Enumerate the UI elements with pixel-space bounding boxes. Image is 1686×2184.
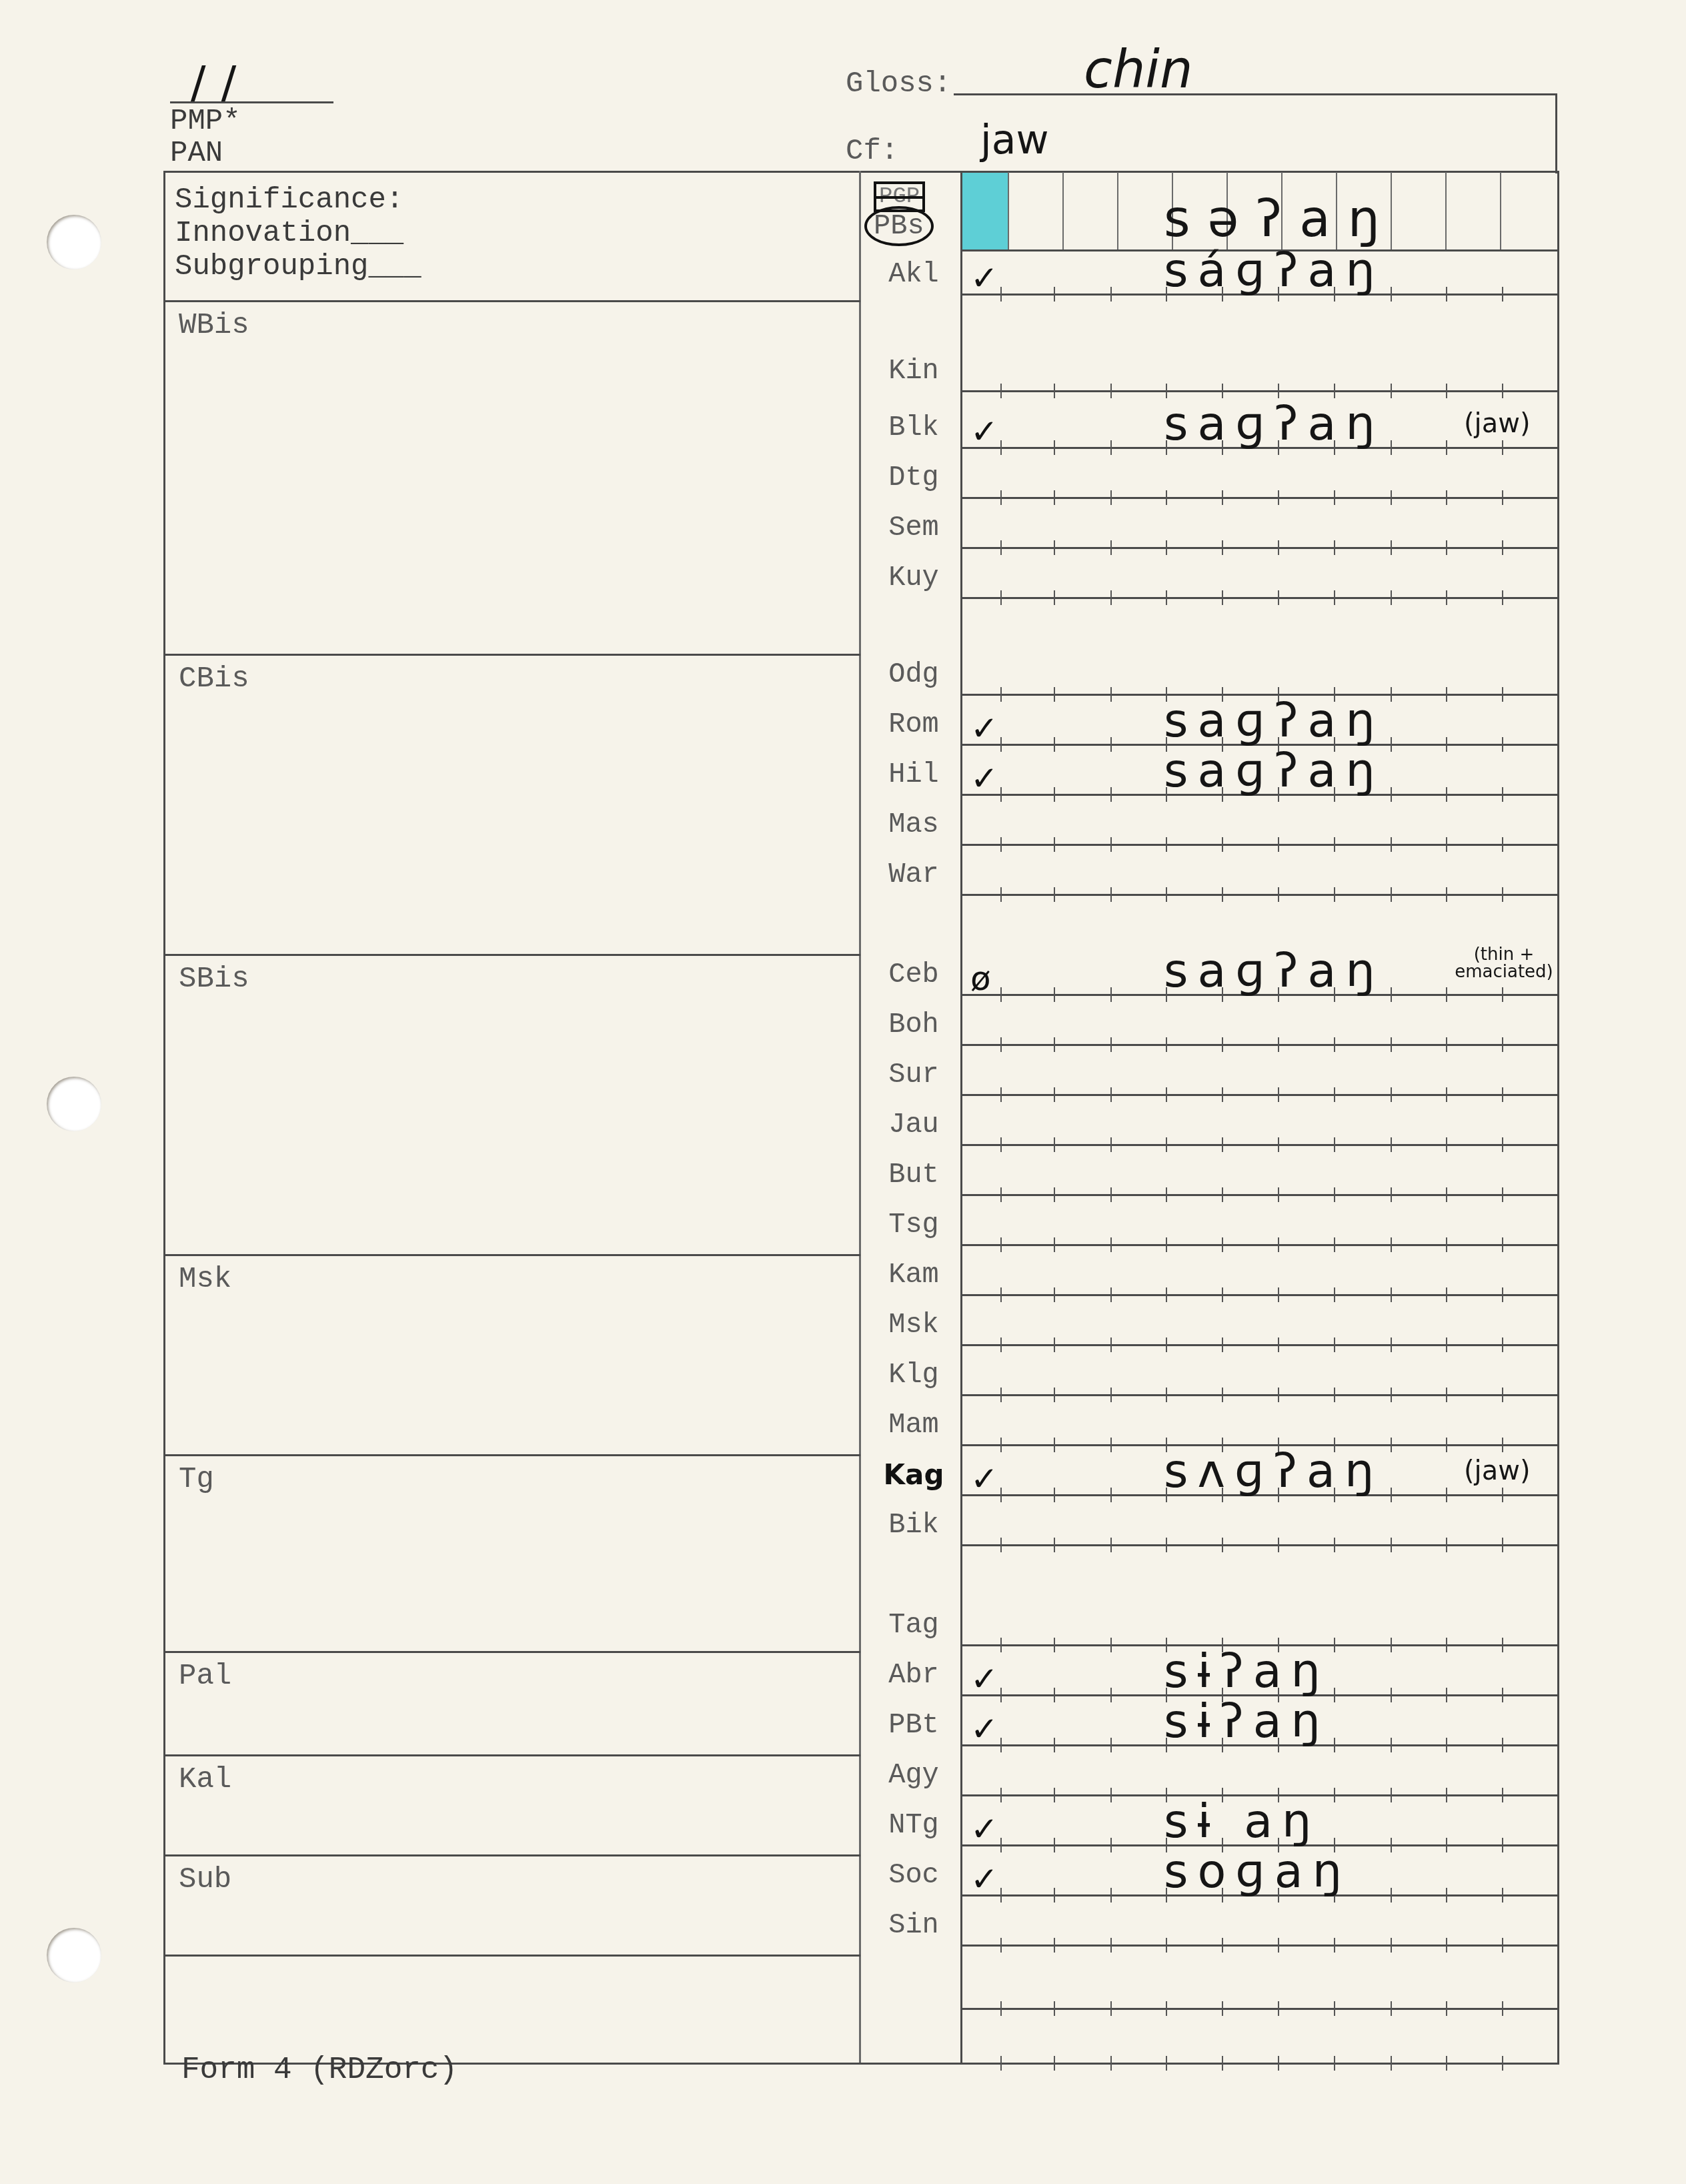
ruler-tick [1000,384,1002,398]
proto-cell-divider [1500,172,1501,249]
ruler-tick [1278,837,1279,852]
ruler-tick [1110,1287,1112,1302]
row-line [960,2008,1557,2010]
ruler-tick [1110,1638,1112,1652]
language-label: Bik [867,1511,960,1539]
ruler-tick [1446,837,1447,852]
cognate-form: saɡʔaŋ [1164,697,1385,744]
ruler-tick [1054,1237,1055,1252]
ruler-tick [1502,787,1503,802]
ruler-tick [1391,1287,1392,1302]
gloss-value: chin [1084,44,1192,96]
ruler-tick [1391,1888,1392,1902]
ruler-tick [1334,2001,1335,2016]
ruler-tick [1000,490,1002,505]
row-line [960,547,1557,549]
ruler-tick [1222,540,1223,555]
ruler-tick [1278,590,1279,605]
form-right-border [1557,171,1559,2064]
ruler-tick [1391,1638,1392,1652]
ruler-tick [1222,1388,1223,1402]
ruler-tick [1391,1538,1392,1552]
ruler-tick [1000,1337,1002,1352]
ruler-tick [1222,2001,1223,2016]
ruler-tick [1000,1438,1002,1452]
ruler-tick [1502,287,1503,302]
ruler-tick [1054,590,1055,605]
ruler-tick [1222,590,1223,605]
ruler-tick [1334,1938,1335,1953]
ruler-tick [1222,490,1223,505]
ruler-tick [1502,1388,1503,1402]
section-label: Tg [179,1465,214,1494]
ruler-tick [1110,1938,1112,1953]
ruler-tick [1446,887,1447,902]
section-label: Sub [179,1865,231,1894]
ruler-tick [1502,837,1503,852]
ruler-tick [1110,384,1112,398]
row-line [960,1144,1557,1146]
ruler-tick [1278,1538,1279,1552]
ruler-tick [1391,1938,1392,1953]
ruler-tick [1222,1938,1223,1953]
ruler-tick [1110,440,1112,455]
ruler-tick [1278,1037,1279,1052]
ruler-tick [1054,1938,1055,1953]
ruler-tick [1446,987,1447,1002]
ruler-tick [1110,1337,1112,1352]
ruler-tick [1000,1688,1002,1702]
ruler-tick [1166,1287,1167,1302]
ruler-tick [1000,787,1002,802]
ruler-tick [1278,1087,1279,1102]
ruler-tick [1334,1087,1335,1102]
ruler-tick [1502,1187,1503,1202]
ruler-tick [1000,837,1002,852]
ruler-tick [1334,1237,1335,1252]
proto-cell-divider [1445,172,1447,249]
ruler-tick [1278,540,1279,555]
language-label: NTg [867,1811,960,1839]
ruler-tick [1446,1388,1447,1402]
ruler-tick [1391,440,1392,455]
row-line [960,1344,1557,1346]
checkmark-icon: ✓ [970,759,998,798]
ruler-tick [1391,1137,1392,1152]
subgrouping-label: Subgrouping___ [175,252,421,282]
ruler-tick [1000,1237,1002,1252]
ruler-tick [1446,1788,1447,1802]
ruler-tick [1000,1738,1002,1752]
ruler-tick [1166,1538,1167,1552]
ruler-tick [1446,1137,1447,1152]
row-line [960,844,1557,846]
language-label: Boh [867,1011,960,1039]
ruler-tick [1054,737,1055,752]
ruler-tick [1110,1488,1112,1502]
ruler-tick [1166,1337,1167,1352]
ruler-tick [1502,687,1503,702]
ruler-tick [1446,1938,1447,1953]
ruler-tick [1110,687,1112,702]
section-label: Msk [179,1265,231,1294]
ruler-tick [1502,1938,1503,1953]
ruler-tick [1222,2056,1223,2071]
ruler-tick [1054,1488,1055,1502]
checkmark-icon: ✓ [970,259,998,298]
cf-label: Cf: [846,137,898,166]
checkmark-icon: ✓ [970,412,998,451]
gloss-note: (thin + emaciated) [1454,946,1554,981]
language-label: Akl [867,260,960,288]
ruler-tick [1446,1037,1447,1052]
ruler-tick [1054,287,1055,302]
form-left-border [163,171,165,2064]
ruler-tick [1334,1788,1335,1802]
section-label: CBis [179,664,249,694]
ruler-tick [1000,1538,1002,1552]
punch-hole-middle [47,1077,101,1131]
ruler-tick [1166,2001,1167,2016]
gloss-note: (jaw) [1464,1458,1531,1484]
ruler-tick [1391,287,1392,302]
gloss-underline [954,93,1557,95]
punch-hole-top [47,215,101,269]
cognate-form: sáɡʔaŋ [1164,247,1385,294]
ruler-tick [1166,1187,1167,1202]
cognate-form: saɡʔaŋ [1164,400,1385,447]
ruler-tick [1391,1187,1392,1202]
cf-value: jaw [980,120,1049,160]
ruler-tick [1110,540,1112,555]
ruler-tick [1334,540,1335,555]
proto-language-label: PBs [864,212,934,240]
ruler-tick [1334,2056,1335,2071]
ruler-tick [1278,1337,1279,1352]
ruler-tick [1446,687,1447,702]
language-label: Sin [867,1911,960,1939]
ruler-tick [1278,2001,1279,2016]
ruler-tick [1502,737,1503,752]
ruler-tick [1391,1388,1392,1402]
ruler-tick [1502,1538,1503,1552]
ruler-tick [1110,887,1112,902]
ruler-tick [1502,1037,1503,1052]
ruler-tick [1110,1137,1112,1152]
ruler-tick [1000,687,1002,702]
innovation-label: Innovation___ [175,219,403,248]
reconstruction-underline [170,101,333,103]
ruler-tick [1000,287,1002,302]
cognate-form: sʌɡʔaŋ [1164,1448,1383,1494]
ruler-tick [1334,1538,1335,1552]
ruler-tick [1166,490,1167,505]
pan-label: PAN [170,139,223,168]
row-line [960,1294,1557,1296]
ruler-tick [1391,737,1392,752]
ruler-tick [1334,1688,1335,1702]
ruler-tick [1334,1638,1335,1652]
ruler-tick [1446,1237,1447,1252]
section-label: WBis [179,311,249,340]
language-label: Mas [867,810,960,839]
language-label: Kag [867,1461,960,1489]
form-id-footer: Form 4 (RDZorc) [181,2055,458,2085]
proto-cell-divider [1062,172,1064,249]
checkmark-icon: ✓ [970,1860,998,1898]
ruler-tick [1054,490,1055,505]
ruler-tick [1391,540,1392,555]
gloss-label: Gloss: [846,69,951,99]
ruler-tick [1334,1037,1335,1052]
section-separator [163,1854,860,1856]
language-label: Soc [867,1861,960,1889]
ruler-tick [1054,1688,1055,1702]
ruler-tick [1166,1087,1167,1102]
ruler-tick [1166,1137,1167,1152]
ruler-tick [1391,887,1392,902]
ruler-tick [1000,1938,1002,1953]
ruler-tick [1278,1137,1279,1152]
ruler-tick [1166,1237,1167,1252]
ruler-tick [1054,837,1055,852]
proto-cell-divider [1117,172,1118,249]
ruler-tick [1222,887,1223,902]
ruler-tick [1000,1137,1002,1152]
ruler-tick [1391,1438,1392,1452]
row-line [960,2063,1557,2065]
ruler-tick [1446,1087,1447,1102]
ruler-tick [1054,2001,1055,2016]
ruler-tick [1502,1488,1503,1502]
ruler-tick [1110,787,1112,802]
ruler-tick [1054,2056,1055,2071]
ruler-tick [1334,1738,1335,1752]
ruler-tick [1502,1337,1503,1352]
ruler-tick [1446,1438,1447,1452]
language-label: Odg [867,660,960,688]
ruler-tick [1502,1237,1503,1252]
ruler-tick [1391,1838,1392,1852]
pmp-label: PMP* [170,107,241,136]
row-line [960,1544,1557,1546]
ruler-tick [1446,1838,1447,1852]
ruler-tick [1054,1187,1055,1202]
ruler-tick [1502,1087,1503,1102]
ruler-tick [1222,1337,1223,1352]
section-separator [163,954,860,956]
row-line [960,390,1557,392]
ruler-tick [1502,987,1503,1002]
proto-cell-divider [1008,172,1009,249]
ruler-tick [1278,1237,1279,1252]
row-line [960,497,1557,499]
ruler-tick [1054,787,1055,802]
ruler-tick [1110,1688,1112,1702]
ruler-tick [1502,1738,1503,1752]
ruler-tick [1166,1938,1167,1953]
ruler-tick [1054,384,1055,398]
ruler-tick [1446,1337,1447,1352]
ruler-tick [1502,440,1503,455]
ruler-tick [1000,590,1002,605]
ruler-tick [1110,1187,1112,1202]
ruler-tick [1222,1187,1223,1202]
ruler-tick [1110,1838,1112,1852]
section-label: Kal [179,1765,231,1794]
ruler-tick [1000,440,1002,455]
ruler-tick [1000,1488,1002,1502]
ruler-tick [1110,837,1112,852]
ruler-tick [1446,384,1447,398]
ruler-tick [1054,1838,1055,1852]
language-label: Msk [867,1311,960,1339]
ruler-tick [1446,1688,1447,1702]
ruler-tick [1391,1688,1392,1702]
ruler-tick [1391,490,1392,505]
ruler-tick [1000,540,1002,555]
cognate-form: sɨʔaŋ [1164,1698,1330,1744]
section-label: Pal [179,1662,231,1691]
ruler-tick [1054,1388,1055,1402]
circled-proto-label: PBs [864,206,934,246]
ruler-tick [1166,1388,1167,1402]
ruler-tick [1391,384,1392,398]
cognate-form: saɡʔaŋ [1164,947,1385,994]
ruler-tick [1502,1638,1503,1652]
checkmark-icon: ✓ [970,1460,998,1498]
row-line [960,1394,1557,1396]
ruler-tick [1054,1037,1055,1052]
proto-highlight-cell [962,173,1008,249]
ruler-tick [1278,490,1279,505]
section-label: SBis [179,965,249,994]
language-label: Mam [867,1411,960,1439]
ruler-tick [1110,490,1112,505]
ruler-tick [1110,1788,1112,1802]
ruler-tick [1446,490,1447,505]
ruler-tick [1166,590,1167,605]
ruler-tick [1000,1037,1002,1052]
ruler-tick [1391,837,1392,852]
ruler-tick [1446,787,1447,802]
row-line [960,1044,1557,1046]
ruler-tick [1054,1538,1055,1552]
ruler-tick [1166,1037,1167,1052]
ruler-tick [1391,1087,1392,1102]
ruler-tick [1222,1037,1223,1052]
ruler-tick [1391,590,1392,605]
ruler-tick [1334,1337,1335,1352]
language-label: Agy [867,1761,960,1789]
ruler-tick [1278,1938,1279,1953]
language-label: Ceb [867,961,960,989]
ruler-tick [1502,1888,1503,1902]
ruler-tick [1278,1187,1279,1202]
ruler-tick [1502,384,1503,398]
ruler-tick [1334,1137,1335,1152]
ruler-tick [1446,1187,1447,1202]
ruler-tick [1502,1788,1503,1802]
ruler-tick [1502,1688,1503,1702]
ruler-tick [1446,540,1447,555]
ruler-tick [1502,1137,1503,1152]
cognate-form: sɨʔaŋ [1164,1648,1330,1694]
ruler-tick [1110,287,1112,302]
ruler-tick [1446,2056,1447,2071]
ruler-tick [1334,490,1335,505]
language-label: But [867,1161,960,1189]
section-separator [163,654,860,656]
ruler-tick [1502,1287,1503,1302]
language-label: Tag [867,1611,960,1639]
ruler-tick [1000,1187,1002,1202]
row-line [960,1094,1557,1096]
ruler-tick [1502,2056,1503,2071]
ruler-tick [1222,837,1223,852]
cognate-form: sɨ aŋ [1164,1798,1321,1844]
language-label: Klg [867,1361,960,1389]
ruler-tick [1391,1738,1392,1752]
ruler-tick [1446,287,1447,302]
ruler-tick [1054,1738,1055,1752]
ruler-tick [1446,1538,1447,1552]
row-line [960,1194,1557,1196]
ruler-tick [1000,1638,1002,1652]
language-label: Tsg [867,1211,960,1239]
ruler-tick [1110,1237,1112,1252]
section-separator [163,1454,860,1456]
ruler-tick [1000,887,1002,902]
ruler-tick [1166,837,1167,852]
language-divider [960,171,962,2064]
ruler-tick [1502,540,1503,555]
ruler-tick [1054,1788,1055,1802]
language-label: Dtg [867,464,960,492]
section-separator [163,1754,860,1756]
ruler-tick [1446,440,1447,455]
punch-hole-bottom [47,1928,101,1983]
ruler-tick [1110,1538,1112,1552]
ruler-tick [1391,1237,1392,1252]
ruler-tick [1502,2001,1503,2016]
cognate-form: soɡaŋ [1164,1848,1351,1894]
ruler-tick [1502,490,1503,505]
ruler-tick [1446,1488,1447,1502]
checkmark-icon: ✓ [970,1710,998,1748]
ruler-tick [1222,1237,1223,1252]
ruler-tick [1000,2056,1002,2071]
ruler-tick [1334,1187,1335,1202]
ruler-tick [1054,687,1055,702]
section-separator [163,300,860,302]
section-divider [859,171,861,2064]
ruler-tick [1278,1287,1279,1302]
ruler-tick [1054,1087,1055,1102]
ruler-tick [1391,987,1392,1002]
proto-form: səʔaŋ [1164,193,1397,244]
ruler-tick [1110,737,1112,752]
ruler-tick [1110,590,1112,605]
gloss-note: (jaw) [1464,410,1531,437]
ruler-tick [1502,887,1503,902]
ruler-tick [1110,2001,1112,2016]
ruler-tick [1278,1388,1279,1402]
language-label: Kin [867,357,960,385]
ruler-tick [1391,1337,1392,1352]
ruler-tick [1278,887,1279,902]
ruler-tick [1391,1037,1392,1052]
